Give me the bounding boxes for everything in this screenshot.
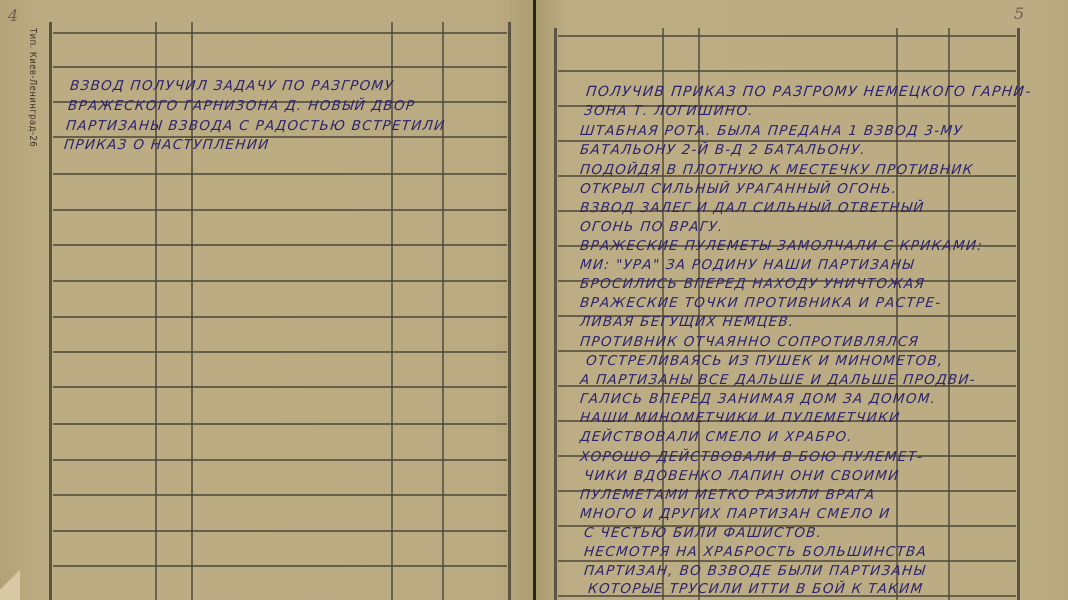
- handwritten-line: вражеского гарнизона д. Новый двор: [67, 98, 416, 114]
- handwritten-line: много и других партизан смело и: [579, 506, 891, 522]
- right-page: 5 Получив приказ по раз: [536, 0, 1068, 600]
- handwritten-line: бросились вперед находу уничтожая: [579, 276, 926, 292]
- handwritten-line: Взвод получил задачу по разгрому: [69, 78, 395, 94]
- handwritten-line: Хорошо действовали в бою пулемет-: [579, 449, 924, 465]
- handwritten-line: гались вперед занимая дом за домом.: [579, 391, 937, 407]
- handwritten-line: Вражеские пулеметы замолчали с криками:: [579, 238, 984, 254]
- left-page: 4 Тип. Киев-Ленинград-26 В: [0, 0, 534, 600]
- handwritten-line: приказ о наступлении: [63, 137, 270, 153]
- handwritten-line: партизан, во взводе были партизаны: [583, 563, 927, 579]
- left-page-number: 4: [8, 6, 18, 25]
- handwritten-line: Штабная рота. была предана 1 взвод 3-му: [579, 123, 964, 139]
- handwritten-line: Получив приказ по разгрому немецкого гар…: [585, 84, 1032, 100]
- printer-mark: Тип. Киев-Ленинград-26: [27, 28, 38, 147]
- handwritten-line: чики Вдовенко Лапин они своими: [583, 468, 900, 484]
- notebook-spread: 4 Тип. Киев-Ленинград-26 В: [0, 0, 1068, 600]
- handwritten-line: Противник отчаянно сопротивлялся: [579, 334, 920, 350]
- handwritten-line: действовали смело и храбро.: [579, 429, 854, 445]
- handwritten-line: отстреливаясь из пушек и минометов,: [585, 353, 944, 369]
- handwritten-line: партизаны взвода с радостью встретили: [65, 118, 446, 134]
- right-page-number: 5: [1014, 4, 1024, 23]
- handwritten-line: батальону 2-й в-д 2 батальону.: [579, 142, 867, 158]
- handwritten-line: ливая бегущих немцев.: [579, 314, 795, 330]
- handwritten-line: открыл сильный ураганный огонь.: [579, 181, 898, 197]
- handwritten-line: Подойдя в плотную к местечку противник: [579, 162, 974, 178]
- handwritten-line: которые трусили итти в бой к таким: [587, 581, 924, 597]
- handwritten-line: огонь по врагу.: [579, 219, 724, 235]
- handwritten-line: вражеские точки противника и растре-: [579, 295, 942, 311]
- handwritten-line: зона т. Логишино.: [583, 103, 755, 119]
- handwritten-line: ми: "Ура" за родину наши партизаны: [579, 257, 915, 273]
- handwritten-line: пулеметами метко разили врага: [579, 487, 876, 503]
- handwritten-line: Несмотря на храбрость большинства: [583, 544, 928, 560]
- handwritten-line: Наши минометчики и пулеметчики: [579, 410, 901, 426]
- folded-corner: [0, 560, 20, 600]
- handwritten-line: а партизаны все дальше и дальше продви-: [579, 372, 977, 388]
- handwritten-line: с честью били фашистов.: [583, 525, 823, 541]
- handwritten-line: Взвод залег и дал сильный ответный: [579, 200, 925, 216]
